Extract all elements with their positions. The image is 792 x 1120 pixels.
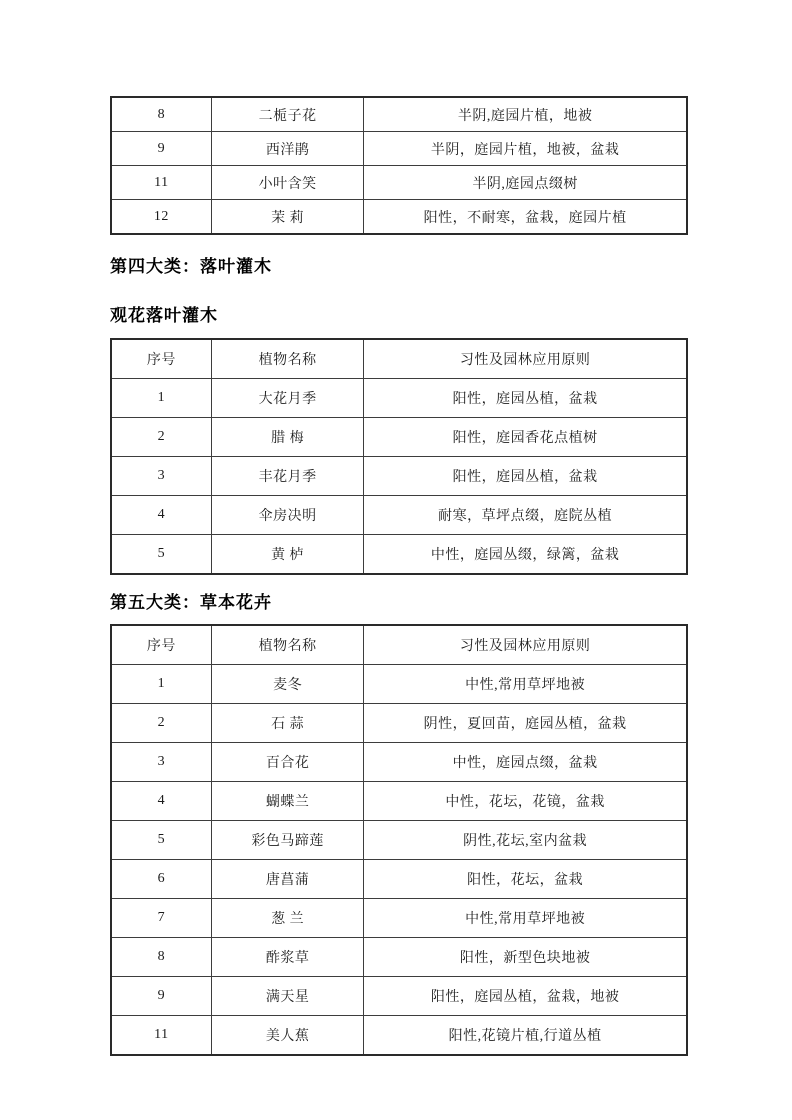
- habit-usage-cell: 中性，花坛，花镜，盆栽: [364, 782, 687, 821]
- habit-usage-cell: 阳性，新型色块地被: [364, 938, 687, 977]
- habit-usage-cell: 阳性，庭园丛植，盆栽: [364, 379, 687, 418]
- serial-cell: 3: [111, 457, 211, 496]
- plant-name-cell: 彩色马蹄莲: [211, 821, 364, 860]
- habit-usage-cell: 阳性，庭园丛植，盆栽，地被: [364, 977, 687, 1016]
- serial-cell: 8: [111, 938, 211, 977]
- plant-name-cell: 大花月季: [211, 379, 364, 418]
- table-row: 2石 蒜阴性，夏回苗，庭园丛植，盆栽: [111, 704, 687, 743]
- table-row: 9西洋鹃半阴，庭园片植，地被，盆栽: [111, 132, 687, 166]
- table-row: 9满天星阳性，庭园丛植，盆栽，地被: [111, 977, 687, 1016]
- column-header: 植物名称: [211, 339, 364, 379]
- serial-cell: 1: [111, 379, 211, 418]
- plant-name-cell: 麦冬: [211, 665, 364, 704]
- serial-cell: 12: [111, 200, 211, 235]
- plant-name-cell: 蝴蝶兰: [211, 782, 364, 821]
- evergreen-shrubs-table-continued: 8二栀子花半阴,庭园片植，地被9西洋鹃半阴，庭园片植，地被，盆栽11小叶含笑半阴…: [110, 96, 688, 235]
- plant-name-cell: 百合花: [211, 743, 364, 782]
- habit-usage-cell: 半阴，庭园片植，地被，盆栽: [364, 132, 687, 166]
- table-row: 5彩色马蹄莲阴性,花坛,室内盆栽: [111, 821, 687, 860]
- habit-usage-cell: 中性,常用草坪地被: [364, 665, 687, 704]
- plant-name-cell: 茉 莉: [211, 200, 364, 235]
- table-header-row: 序号植物名称习性及园林应用原则: [111, 625, 687, 665]
- column-header: 习性及园林应用原则: [364, 625, 687, 665]
- serial-cell: 2: [111, 704, 211, 743]
- serial-cell: 1: [111, 665, 211, 704]
- plant-name-cell: 葱 兰: [211, 899, 364, 938]
- serial-cell: 2: [111, 418, 211, 457]
- table-row: 11美人蕉阳性,花镜片植,行道丛植: [111, 1016, 687, 1056]
- plant-name-cell: 满天星: [211, 977, 364, 1016]
- serial-cell: 9: [111, 977, 211, 1016]
- table-row: 12茉 莉阳性，不耐寒，盆栽，庭园片植: [111, 200, 687, 235]
- habit-usage-cell: 中性,常用草坪地被: [364, 899, 687, 938]
- plant-name-cell: 黄 栌: [211, 535, 364, 575]
- plant-name-cell: 美人蕉: [211, 1016, 364, 1056]
- table-row: 6唐菖蒲阳性，花坛，盆栽: [111, 860, 687, 899]
- table-row: 1大花月季阳性，庭园丛植，盆栽: [111, 379, 687, 418]
- plant-name-cell: 酢浆草: [211, 938, 364, 977]
- serial-cell: 9: [111, 132, 211, 166]
- serial-cell: 8: [111, 97, 211, 132]
- table-row: 2腊 梅阳性，庭园香花点植树: [111, 418, 687, 457]
- plant-name-cell: 西洋鹃: [211, 132, 364, 166]
- habit-usage-cell: 阳性，不耐寒，盆栽，庭园片植: [364, 200, 687, 235]
- column-header: 序号: [111, 625, 211, 665]
- habit-usage-cell: 半阴,庭园点缀树: [364, 166, 687, 200]
- category-5-heading: 第五大类：草本花卉: [110, 588, 688, 613]
- table-row: 3丰花月季阳性，庭园丛植，盆栽: [111, 457, 687, 496]
- habit-usage-cell: 阳性，花坛，盆栽: [364, 860, 687, 899]
- habit-usage-cell: 阴性，夏回苗，庭园丛植，盆栽: [364, 704, 687, 743]
- document-page: 8二栀子花半阴,庭园片植，地被9西洋鹃半阴，庭园片植，地被，盆栽11小叶含笑半阴…: [0, 0, 792, 1120]
- plant-name-cell: 二栀子花: [211, 97, 364, 132]
- serial-cell: 3: [111, 743, 211, 782]
- serial-cell: 11: [111, 166, 211, 200]
- table-row: 1麦冬中性,常用草坪地被: [111, 665, 687, 704]
- herbaceous-flowers-table: 序号植物名称习性及园林应用原则1麦冬中性,常用草坪地被2石 蒜阴性，夏回苗，庭园…: [110, 624, 688, 1056]
- serial-cell: 5: [111, 821, 211, 860]
- habit-usage-cell: 中性，庭园丛缀，绿篱，盆栽: [364, 535, 687, 575]
- habit-usage-cell: 阳性，庭园香花点植树: [364, 418, 687, 457]
- serial-cell: 7: [111, 899, 211, 938]
- serial-cell: 11: [111, 1016, 211, 1056]
- category-4-heading: 第四大类：落叶灌木: [110, 252, 688, 277]
- category-4-subheading: 观花落叶灌木: [110, 301, 688, 326]
- plant-name-cell: 唐菖蒲: [211, 860, 364, 899]
- serial-cell: 4: [111, 782, 211, 821]
- plant-name-cell: 小叶含笑: [211, 166, 364, 200]
- table-row: 4蝴蝶兰中性，花坛，花镜，盆栽: [111, 782, 687, 821]
- deciduous-shrubs-table: 序号植物名称习性及园林应用原则1大花月季阳性，庭园丛植，盆栽2腊 梅阳性，庭园香…: [110, 338, 688, 575]
- table-header-row: 序号植物名称习性及园林应用原则: [111, 339, 687, 379]
- table-row: 11小叶含笑半阴,庭园点缀树: [111, 166, 687, 200]
- habit-usage-cell: 耐寒，草坪点缀，庭院丛植: [364, 496, 687, 535]
- habit-usage-cell: 阴性,花坛,室内盆栽: [364, 821, 687, 860]
- table-row: 7葱 兰中性,常用草坪地被: [111, 899, 687, 938]
- plant-name-cell: 腊 梅: [211, 418, 364, 457]
- serial-cell: 5: [111, 535, 211, 575]
- table-row: 4伞房决明耐寒，草坪点缀，庭院丛植: [111, 496, 687, 535]
- table-row: 8二栀子花半阴,庭园片植，地被: [111, 97, 687, 132]
- serial-cell: 4: [111, 496, 211, 535]
- plant-name-cell: 伞房决明: [211, 496, 364, 535]
- habit-usage-cell: 半阴,庭园片植，地被: [364, 97, 687, 132]
- table-row: 3百合花中性，庭园点缀，盆栽: [111, 743, 687, 782]
- habit-usage-cell: 阳性,花镜片植,行道丛植: [364, 1016, 687, 1056]
- table-row: 8酢浆草阳性，新型色块地被: [111, 938, 687, 977]
- table-row: 5黄 栌中性，庭园丛缀，绿篱，盆栽: [111, 535, 687, 575]
- column-header: 植物名称: [211, 625, 364, 665]
- habit-usage-cell: 阳性，庭园丛植，盆栽: [364, 457, 687, 496]
- column-header: 习性及园林应用原则: [364, 339, 687, 379]
- column-header: 序号: [111, 339, 211, 379]
- plant-name-cell: 石 蒜: [211, 704, 364, 743]
- habit-usage-cell: 中性，庭园点缀，盆栽: [364, 743, 687, 782]
- document-content: 8二栀子花半阴,庭园片植，地被9西洋鹃半阴，庭园片植，地被，盆栽11小叶含笑半阴…: [110, 0, 688, 1056]
- serial-cell: 6: [111, 860, 211, 899]
- plant-name-cell: 丰花月季: [211, 457, 364, 496]
